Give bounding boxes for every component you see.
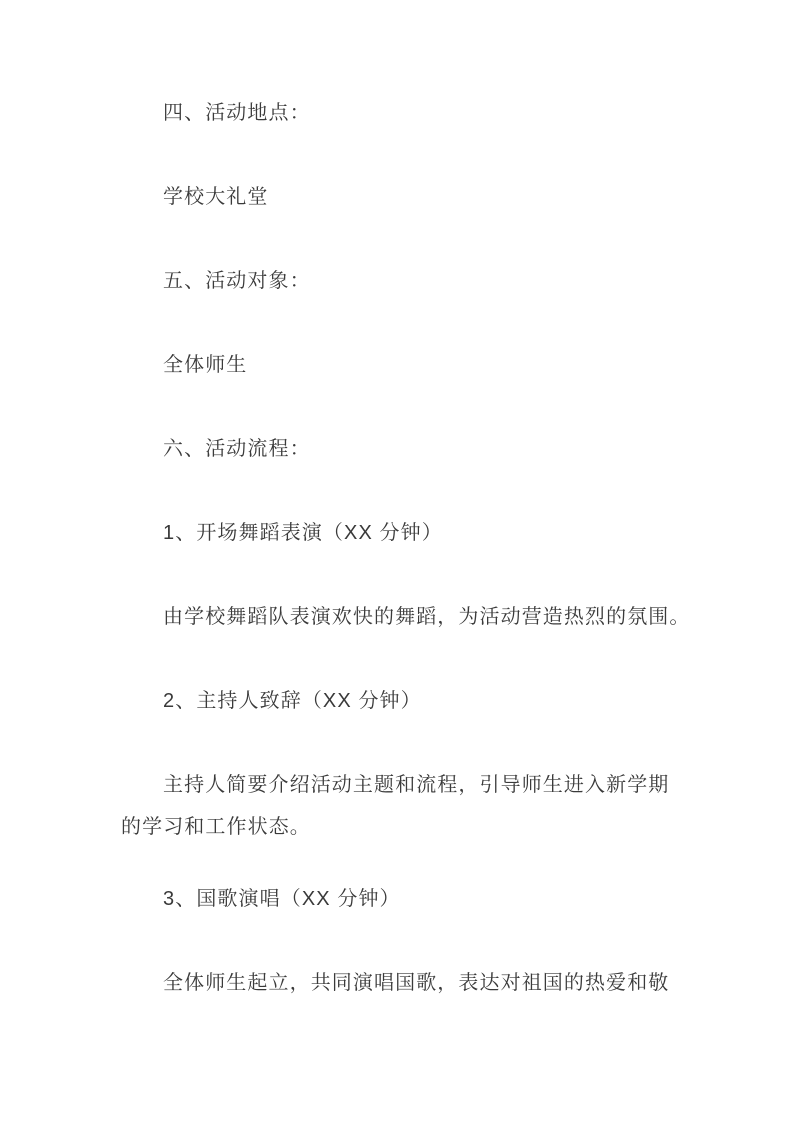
document-body: 四、活动地点：学校大礼堂五、活动对象：全体师生六、活动流程：1、开场舞蹈表演（X… (0, 0, 793, 1004)
paragraph: 学校大礼堂 (121, 176, 703, 218)
text-line: 学校大礼堂 (121, 176, 703, 218)
paragraph: 五、活动对象： (121, 260, 703, 302)
paragraph: 3、国歌演唱（XX 分钟） (121, 878, 703, 920)
text-line: 由学校舞蹈队表演欢快的舞蹈，为活动营造热烈的氛围。 (121, 596, 703, 638)
text-line: 3、国歌演唱（XX 分钟） (121, 878, 703, 920)
text-line: 全体师生 (121, 344, 703, 386)
paragraph: 由学校舞蹈队表演欢快的舞蹈，为活动营造热烈的氛围。 (121, 596, 703, 638)
text-line: 主持人简要介绍活动主题和流程，引导师生进入新学期 (121, 764, 703, 806)
paragraph: 四、活动地点： (121, 92, 703, 134)
text-line: 五、活动对象： (121, 260, 703, 302)
document-page: 四、活动地点：学校大礼堂五、活动对象：全体师生六、活动流程：1、开场舞蹈表演（X… (0, 0, 793, 1122)
paragraph: 全体师生 (121, 344, 703, 386)
paragraph: 1、开场舞蹈表演（XX 分钟） (121, 512, 703, 554)
text-line: 的学习和工作状态。 (121, 806, 703, 848)
paragraph: 全体师生起立，共同演唱国歌，表达对祖国的热爱和敬 (121, 962, 703, 1004)
text-line: 全体师生起立，共同演唱国歌，表达对祖国的热爱和敬 (121, 962, 703, 1004)
paragraph: 六、活动流程： (121, 428, 703, 470)
paragraph: 2、主持人致辞（XX 分钟） (121, 680, 703, 722)
text-line: 2、主持人致辞（XX 分钟） (121, 680, 703, 722)
text-line: 四、活动地点： (121, 92, 703, 134)
text-line: 六、活动流程： (121, 428, 703, 470)
text-line: 1、开场舞蹈表演（XX 分钟） (121, 512, 703, 554)
paragraph: 主持人简要介绍活动主题和流程，引导师生进入新学期的学习和工作状态。 (121, 764, 703, 848)
